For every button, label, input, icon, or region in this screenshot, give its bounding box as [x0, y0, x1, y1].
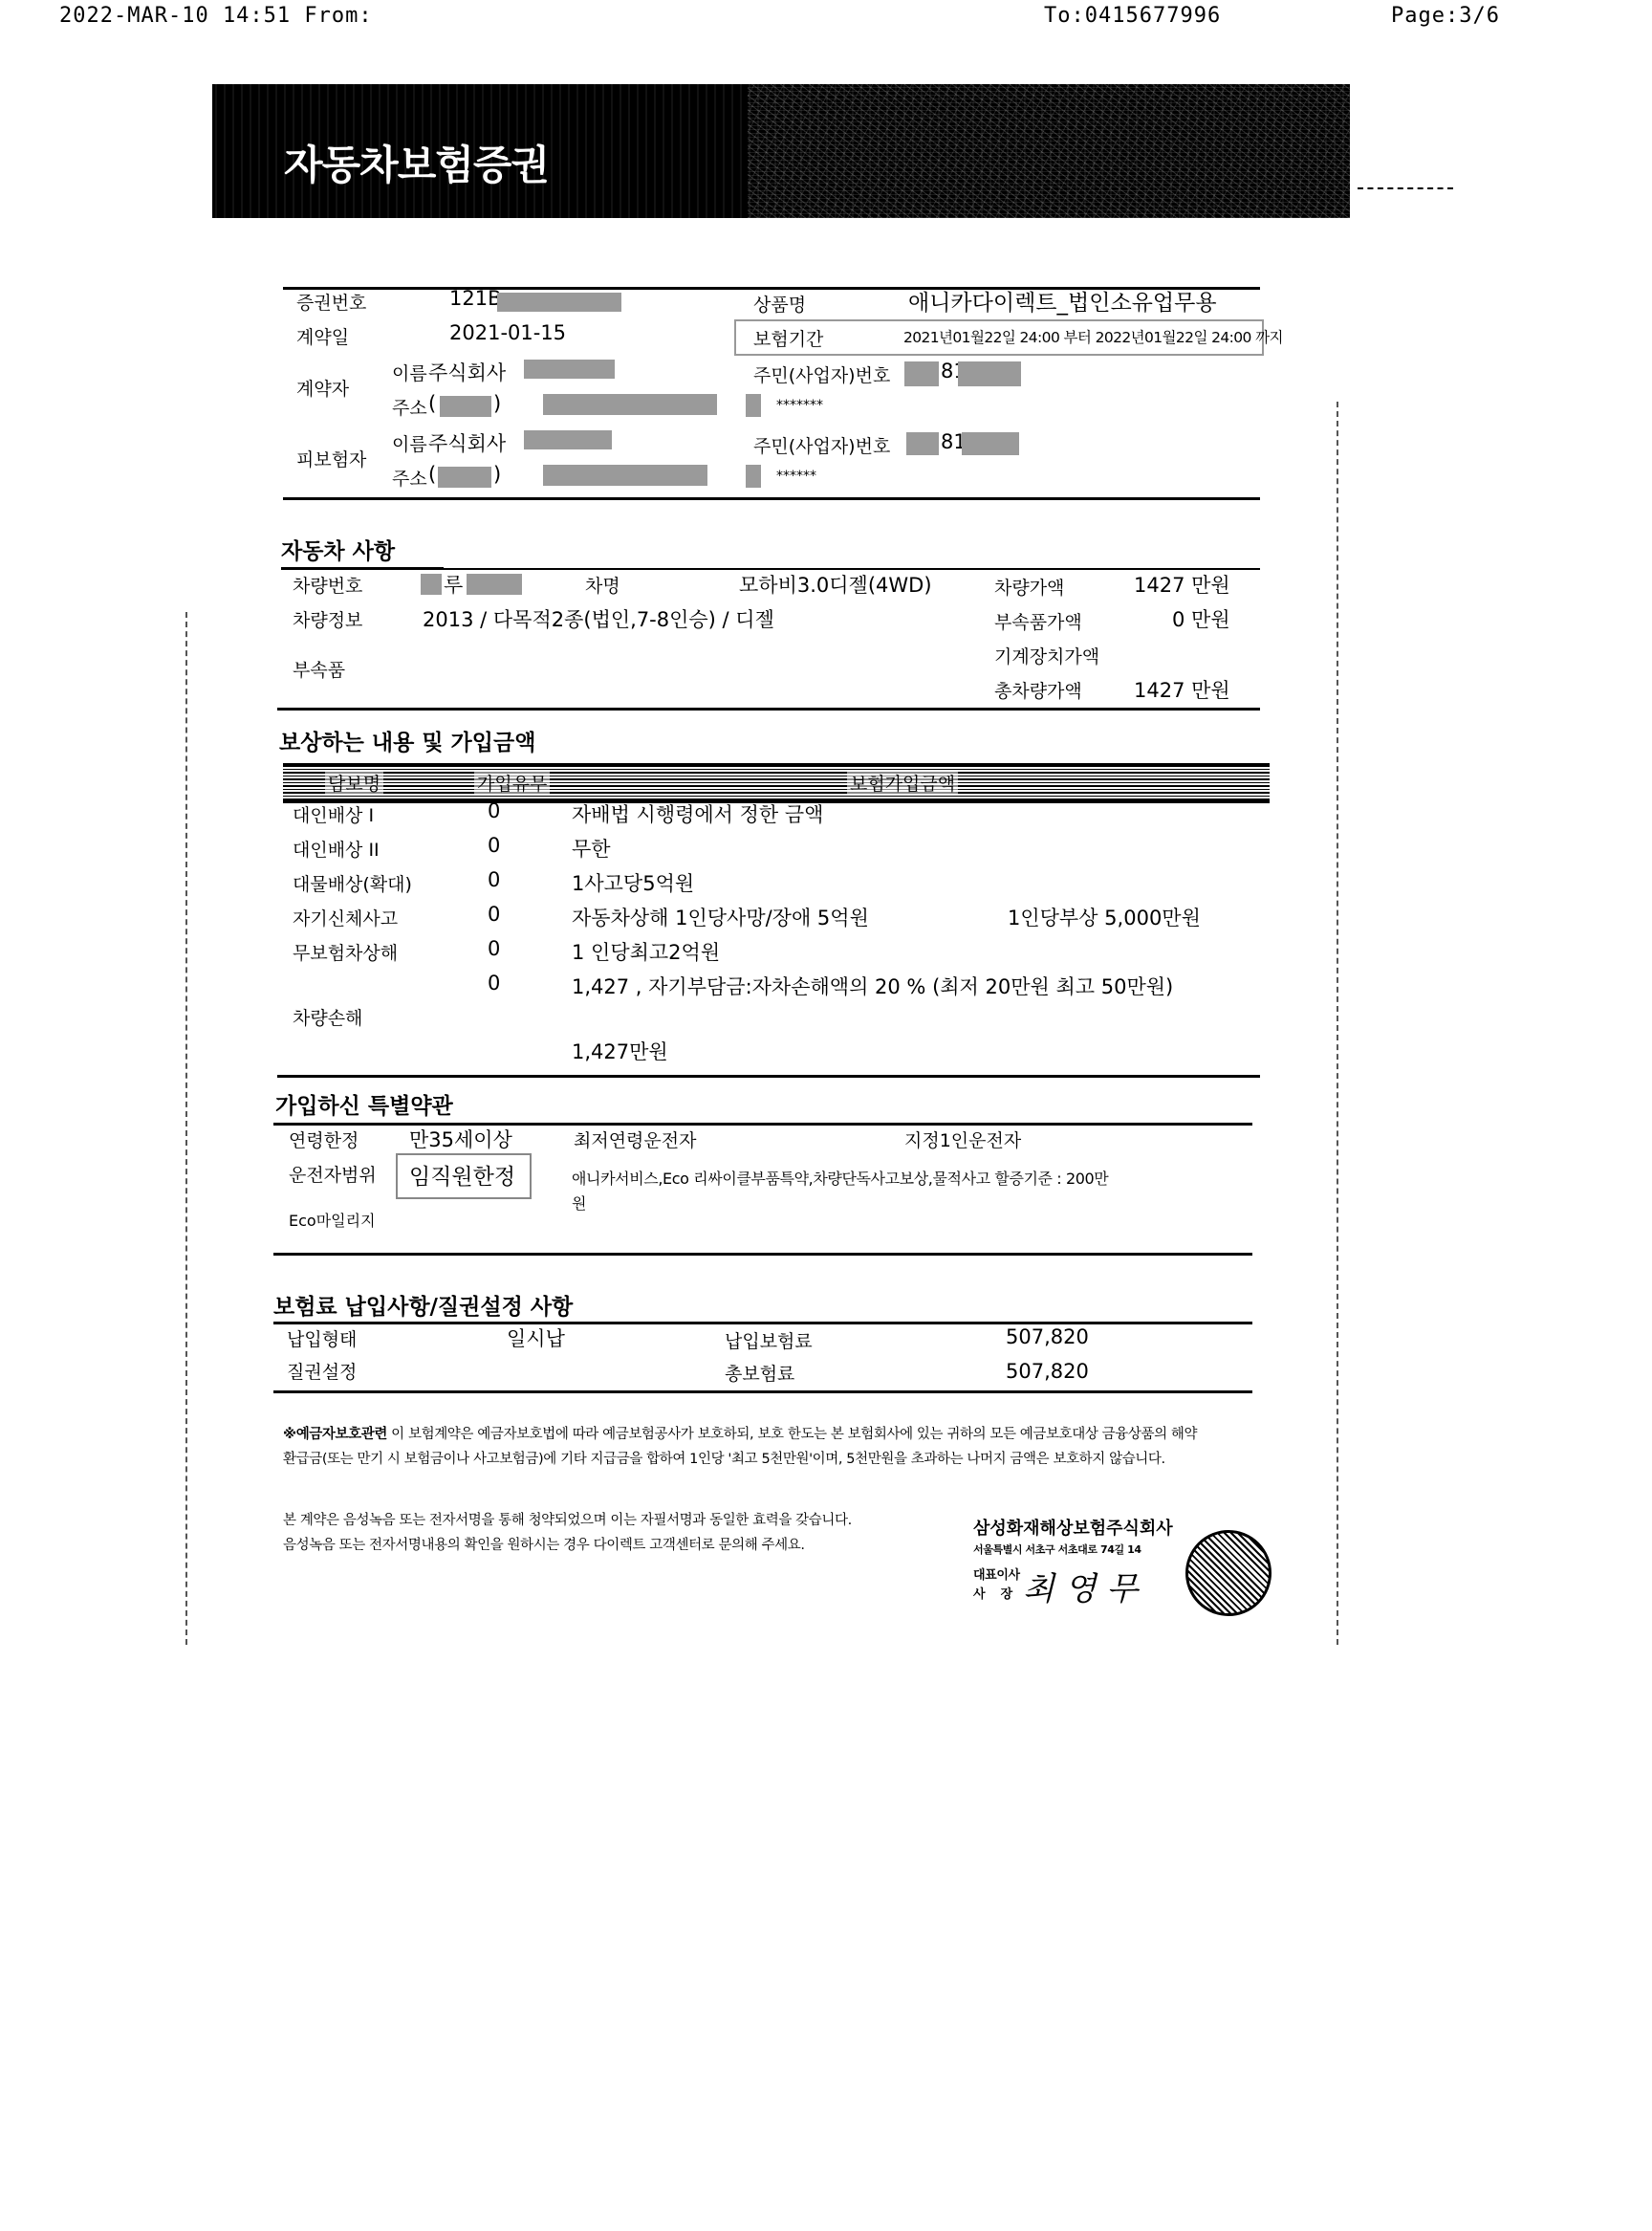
redaction [904, 361, 939, 386]
coverage-row-name: 자기신체사고 [293, 905, 398, 930]
column-header-coverage-name: 담보명 [325, 770, 383, 796]
coverage-row-joined: 0 [488, 972, 500, 995]
coverage-row-amount: 1 인당최고2억원 [572, 937, 720, 966]
period-value: 2021년01월22일 24:00 부터 2022년01월22일 24:00 까… [903, 326, 1283, 347]
contract-date-label: 계약일 [296, 323, 349, 349]
paid-premium-label: 납입보험료 [725, 1327, 813, 1353]
coverage-row-name: 대인배상 II [293, 836, 380, 862]
coverage-row-amount: 1사고당5억원 [572, 868, 694, 897]
driver-scope-value: 임직원한정 [409, 1159, 515, 1191]
contractor-name-value: 주식회사 [428, 358, 506, 386]
plate-label: 차량번호 [293, 572, 362, 598]
issuer-address: 서울특별시 서초구 서초대로 74길 14 [973, 1542, 1141, 1557]
coverage-row-amount: 자배법 시행령에서 정한 금액 [572, 799, 823, 828]
redaction [440, 396, 491, 417]
payment-method-label: 납입형태 [287, 1325, 357, 1351]
representative-title: 대표이사 [973, 1564, 1020, 1583]
policy-number-label: 증권번호 [296, 289, 366, 315]
divider [283, 497, 1260, 500]
contractor-name-label: 이름 [392, 360, 427, 385]
insured-name-value: 주식회사 [428, 428, 506, 457]
esign-notice-line2: 음성녹음 또는 전자서명내용의 확인을 원하시는 경우 다이렉트 고객센터로 문… [283, 1534, 805, 1554]
coverage-row-joined: 0 [488, 903, 500, 926]
redaction [497, 293, 621, 312]
vehicle-price-value: 1427 만원 [1134, 570, 1230, 599]
coverage-row-joined: 0 [488, 799, 500, 822]
coverage-row-name: 무보험차상해 [293, 939, 398, 965]
coverage-row-amount: 무한 [572, 834, 611, 863]
divider [273, 1390, 1252, 1393]
special-terms-text: 애니카서비스,Eco 리싸이클부품특약,차량단독사고보상,물적사고 할증기준 :… [572, 1167, 1108, 1189]
coverage-section-title: 보상하는 내용 및 가입금액 [279, 725, 535, 758]
paid-premium-value: 507,820 [1006, 1325, 1089, 1348]
redaction [543, 394, 717, 415]
accessories-label: 부속품 [293, 656, 345, 682]
redaction [524, 360, 615, 379]
coverage-row-name: 대물배상(확대) [293, 870, 412, 896]
insured-address-label: 주소 [392, 465, 427, 491]
coverage-row-joined: 0 [488, 937, 500, 960]
redaction [524, 430, 612, 449]
total-premium-value: 507,820 [1006, 1360, 1089, 1383]
insured-address-value: ( [428, 463, 436, 486]
total-price-label: 총차량가액 [994, 677, 1082, 703]
plate-value: 루 [444, 570, 463, 599]
eco-mileage-label: Eco마일리지 [289, 1209, 376, 1231]
lien-label: 질권설정 [287, 1358, 357, 1384]
contract-date-value: 2021-01-15 [449, 321, 566, 344]
deposit-protection-title: ※예금자보호관련 [283, 1427, 387, 1442]
insured-label: 피보험자 [296, 446, 366, 471]
coverage-row-joined: 0 [488, 868, 500, 891]
total-premium-label: 총보험료 [725, 1360, 794, 1386]
period-label: 보험기간 [753, 325, 823, 351]
redaction [962, 432, 1019, 455]
vehicle-price-label: 차량가액 [994, 574, 1064, 600]
accessory-price-value: 0 만원 [1172, 604, 1230, 633]
redaction [438, 467, 491, 488]
deposit-protection-line2: 환급금(또는 만기 시 보험금이나 사고보험금)에 기타 지급금을 합하여 1인… [283, 1448, 1165, 1468]
coverage-row-name: 대인배상 I [293, 801, 374, 827]
insured-address-close: ) [493, 463, 501, 486]
designated-driver-label: 지정1인운전자 [904, 1126, 1021, 1152]
product-label: 상품명 [753, 291, 806, 317]
payment-method-value: 일시납 [507, 1323, 565, 1352]
divider [273, 1253, 1252, 1256]
issuer-company: 삼성화재해상보험주식회사 [973, 1515, 1173, 1540]
coverage-row-extra: 1인당부상 5,000만원 [1008, 903, 1201, 931]
divider [277, 708, 1260, 711]
fax-page-number: Page:3/6 [1391, 4, 1500, 28]
divider [277, 1075, 1260, 1078]
contractor-id-label: 주민(사업자)번호 [753, 361, 890, 387]
device-price-label: 기계장치가액 [994, 643, 1099, 668]
deposit-protection-notice: ※예금자보호관련 이 보험계약은 예금자보호법에 따라 예금보험공사가 보호하되… [283, 1423, 1197, 1443]
fax-recipient: To:0415677996 [1044, 4, 1221, 28]
deposit-protection-line1: 이 보험계약은 예금자보호법에 따라 예금보험공사가 보호하되, 보호 한도는 … [391, 1427, 1197, 1442]
column-header-amount: 보험가입금액 [847, 770, 958, 796]
accessory-price-label: 부속품가액 [994, 608, 1082, 634]
policy-number-value: 121B [449, 287, 502, 310]
title-banner: 자동차보험증권 [212, 84, 1350, 218]
redaction [906, 432, 939, 455]
contractor-id-mask: ******* [776, 398, 823, 413]
contractor-address-label: 주소 [392, 394, 427, 420]
coverage-row-amount: 자동차상해 1인당사망/장애 5억원 [572, 903, 869, 931]
divider [273, 1322, 1252, 1324]
column-header-joined: 가입유무 [474, 770, 550, 796]
insured-id-label: 주민(사업자)번호 [753, 432, 890, 458]
vehicle-info-value: 2013 / 다목적2종(법인,7-8인승) / 디젤 [423, 604, 774, 633]
contractor-address-value: ( [428, 392, 436, 415]
redaction [958, 361, 1021, 386]
coverage-row-joined: 0 [488, 834, 500, 857]
vehicle-damage-amount: 1,427만원 [572, 1037, 668, 1065]
document-title: 자동차보험증권 [284, 134, 549, 191]
insured-id-mask: ****** [776, 469, 816, 484]
company-seal-icon [1185, 1530, 1272, 1616]
product-value: 애니카다이렉트_법인소유업무용 [908, 285, 1217, 317]
model-label: 차명 [585, 572, 620, 598]
insured-name-label: 이름 [392, 430, 427, 456]
representative-signature: 최 영 무 [1023, 1563, 1138, 1609]
min-age-driver-label: 최저연령운전자 [574, 1126, 696, 1152]
coverage-table-header: 담보명 가입유무 보험가입금액 [283, 763, 1270, 803]
total-price-value: 1427 만원 [1134, 675, 1230, 704]
esign-notice-line1: 본 계약은 음성녹음 또는 전자서명을 통해 청약되었으며 이는 자필서명과 동… [283, 1509, 852, 1529]
model-value: 모하비3.0디젤(4WD) [739, 570, 932, 599]
special-terms-text-cont: 원 [572, 1192, 586, 1214]
scan-edge-right [1337, 402, 1338, 1645]
scan-edge-left [185, 612, 187, 1645]
fax-datetime: 2022-MAR-10 14:51 From: [59, 4, 373, 28]
vehicle-section-title: 자동차 사항 [281, 534, 444, 570]
redaction [746, 465, 761, 488]
redaction [746, 394, 761, 417]
representative-title-2: 사 장 [973, 1584, 1012, 1602]
contractor-label: 계약자 [296, 375, 349, 401]
contractor-address-close: ) [493, 392, 501, 415]
divider [1358, 187, 1453, 189]
coverage-row-amount: 1,427 , 자기부담금:자차손해액의 20 % (최저 20만원 최고 50… [572, 972, 1173, 1000]
age-limit-value: 만35세이상 [409, 1125, 512, 1153]
vehicle-damage-label: 차량손해 [293, 1004, 362, 1030]
vehicle-info-label: 차량정보 [293, 606, 362, 632]
driver-scope-label: 운전자범위 [289, 1161, 377, 1187]
age-limit-label: 연령한정 [289, 1126, 359, 1152]
payment-section-title: 보험료 납입사항/질권설정 사항 [273, 1289, 560, 1323]
redaction [543, 465, 707, 486]
redaction [421, 574, 442, 595]
special-terms-section-title: 가입하신 특별약관 [275, 1088, 455, 1122]
redaction [467, 574, 522, 595]
